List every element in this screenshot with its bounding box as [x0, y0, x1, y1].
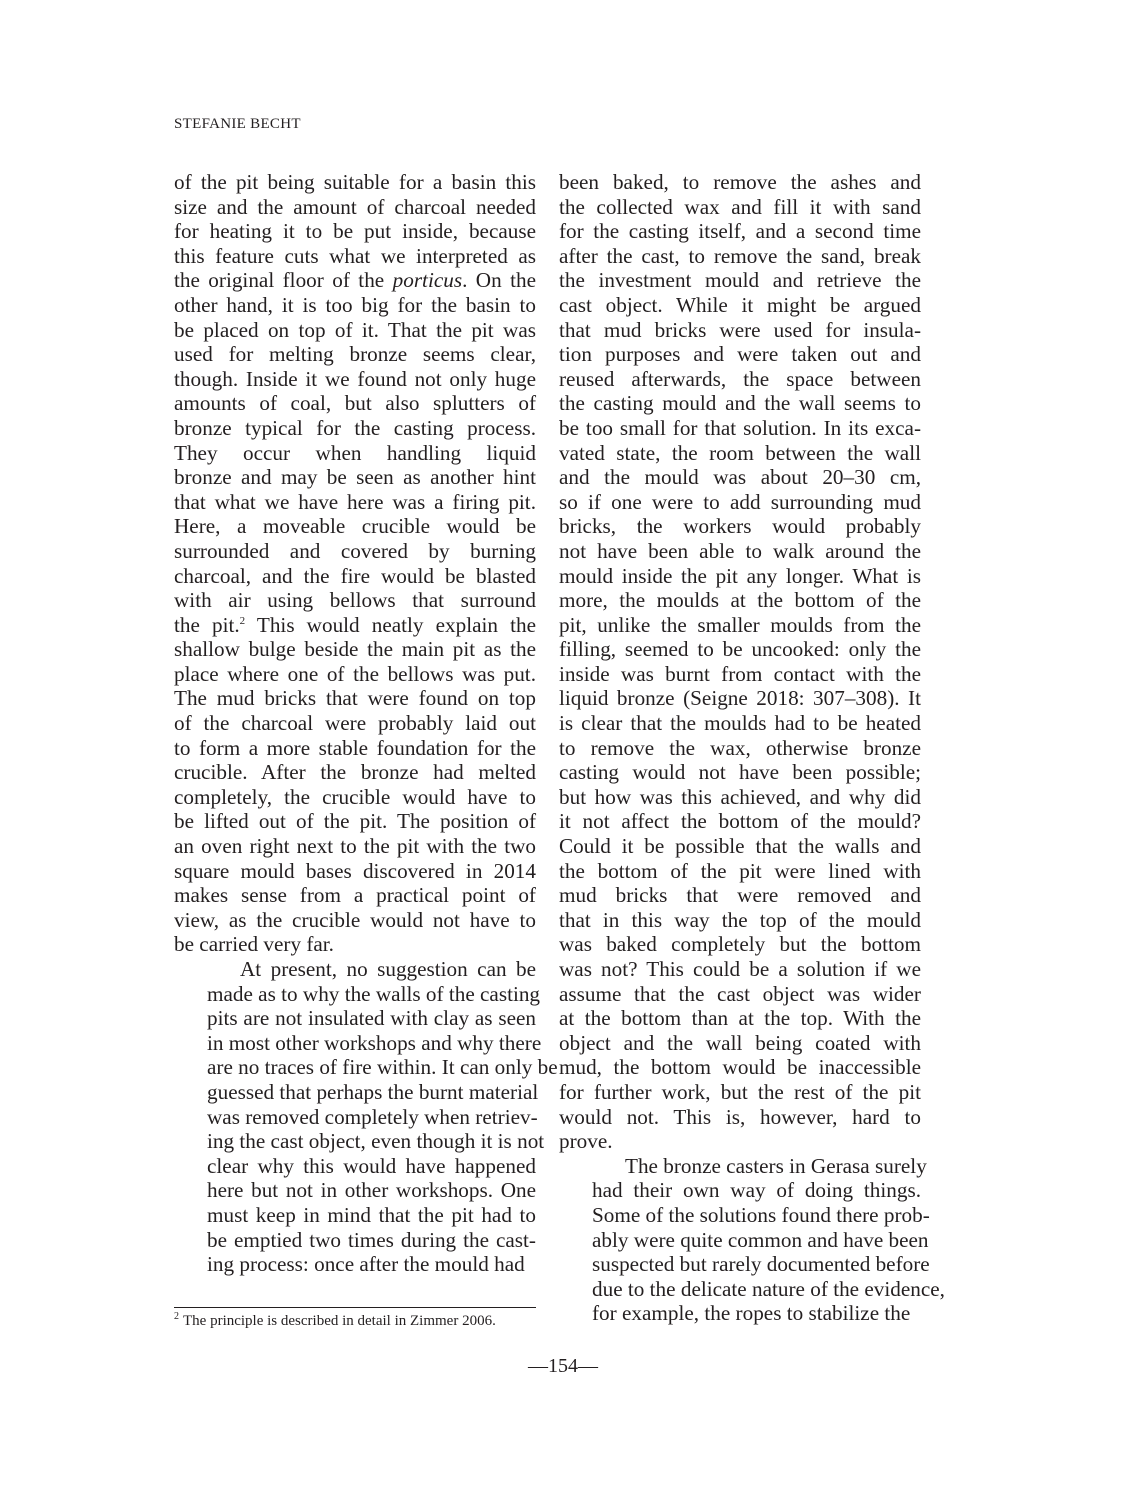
text-line: but how was this achieved, and why did — [559, 785, 921, 810]
running-head-author: STEFANIE BECHT — [174, 116, 301, 133]
text-line: ing the cast object, even though it is n… — [174, 1129, 536, 1154]
text-line: and the mould was about 20–30 cm, — [559, 465, 921, 490]
text-line: not have been able to walk around the — [559, 539, 921, 564]
footnote-text: The principle is described in detail in … — [183, 1313, 496, 1329]
text-line: would not. This is, however, hard to — [559, 1105, 921, 1130]
text-line: assume that the cast object was wider — [559, 982, 921, 1007]
text-line: casting would not have been possible; — [559, 760, 921, 785]
text-line: Some of the solutions found there prob- — [559, 1203, 921, 1228]
text-line: Here, a moveable crucible would be — [174, 514, 536, 539]
text-line: makes sense from a practical point of — [174, 883, 536, 908]
text-line: this feature cuts what we interpreted as — [174, 244, 536, 269]
text-line: the pit.2 This would neatly explain the — [174, 613, 536, 638]
text-line: completely, the crucible would have to — [174, 785, 536, 810]
text-line: suspected but rarely documented before — [559, 1252, 921, 1277]
text-line: reused afterwards, the space between — [559, 367, 921, 392]
text-line: ably were quite common and have been — [559, 1228, 921, 1253]
text-line: more, the moulds at the bottom of the — [559, 588, 921, 613]
text-line: The bronze casters in Gerasa surely — [559, 1154, 921, 1179]
italic-term: porticus — [393, 268, 462, 292]
text-line: The mud bricks that were found on top — [174, 686, 536, 711]
text-line: be emptied two times during the cast- — [174, 1228, 536, 1253]
text-line: here but not in other workshops. One — [174, 1178, 536, 1203]
text-line: amounts of coal, but also splutters of — [174, 391, 536, 416]
text-line: pit, unlike the smaller moulds from the — [559, 613, 921, 638]
footnote-reference: 2 — [240, 615, 246, 627]
text-line: been baked, to remove the ashes and — [559, 170, 921, 195]
text-line: cast object. While it might be argued — [559, 293, 921, 318]
text-line: charcoal, and the fire would be blasted — [174, 564, 536, 589]
text-line: for heating it to be put inside, because — [174, 219, 536, 244]
text-line: mud, the bottom would be inaccessible — [559, 1055, 921, 1080]
text-line: to form a more stable foundation for the — [174, 736, 536, 761]
text-line: They occur when handling liquid — [174, 441, 536, 466]
right-paragraph-2: The bronze casters in Gerasa surelyhad t… — [559, 1154, 921, 1326]
text-line: that what we have here was a firing pit. — [174, 490, 536, 515]
page-number: —154— — [0, 1355, 1126, 1378]
text-line: be too small for that solution. In its e… — [559, 416, 921, 441]
text-line: crucible. After the bronze had melted — [174, 760, 536, 785]
text-line: due to the delicate nature of the eviden… — [559, 1277, 921, 1302]
text-line: must keep in mind that the pit had to — [174, 1203, 536, 1228]
text-line: be lifted out of the pit. The position o… — [174, 809, 536, 834]
text-line: vated state, the room between the wall — [559, 441, 921, 466]
text-line: in most other workshops and why there — [174, 1031, 536, 1056]
text-line: though. Inside it we found not only huge — [174, 367, 536, 392]
text-line: mould inside the pit any longer. What is — [559, 564, 921, 589]
text-line: object and the wall being coated with — [559, 1031, 921, 1056]
text-line: bronze and may be seen as another hint — [174, 465, 536, 490]
text-line: size and the amount of charcoal needed — [174, 195, 536, 220]
text-line: square mould bases discovered in 2014 — [174, 859, 536, 884]
text-line: was baked completely but the bottom — [559, 932, 921, 957]
text-line: other hand, it is too big for the basin … — [174, 293, 536, 318]
text-line: ing process: once after the mould had — [174, 1252, 536, 1277]
text-line: shallow bulge beside the main pit as the — [174, 637, 536, 662]
text-line: was not? This could be a solution if we — [559, 957, 921, 982]
text-line: guessed that perhaps the burnt material — [174, 1080, 536, 1105]
footnote-2: 2The principle is described in detail in… — [174, 1313, 544, 1330]
text-line: with air using bellows that surround — [174, 588, 536, 613]
text-line: surrounded and covered by burning — [174, 539, 536, 564]
text-line: filling, seemed to be uncooked: only the — [559, 637, 921, 662]
text-line: for further work, but the rest of the pi… — [559, 1080, 921, 1105]
text-line: is clear that the moulds had to be heate… — [559, 711, 921, 736]
text-line: it not affect the bottom of the mould? — [559, 809, 921, 834]
text-line: the bottom of the pit were lined with — [559, 859, 921, 884]
text-line: that in this way the top of the mould — [559, 908, 921, 933]
text-line: place where one of the bellows was put. — [174, 662, 536, 687]
text-line: the collected wax and fill it with sand — [559, 195, 921, 220]
text-line: to remove the wax, otherwise bronze — [559, 736, 921, 761]
text-line: after the cast, to remove the sand, brea… — [559, 244, 921, 269]
text-line: tion purposes and were taken out and — [559, 342, 921, 367]
text-line: be carried very far. — [174, 932, 536, 957]
right-paragraph-1: been baked, to remove the ashes andthe c… — [559, 170, 921, 1154]
text-line: pits are not insulated with clay as seen — [174, 1006, 536, 1031]
text-line: at the bottom than at the top. With the — [559, 1006, 921, 1031]
text-line: mud bricks that were removed and — [559, 883, 921, 908]
text-line: At present, no suggestion can be — [174, 957, 536, 982]
text-line: are no traces of fire within. It can onl… — [174, 1055, 536, 1080]
text-line: liquid bronze (Seigne 2018: 307–308). It — [559, 686, 921, 711]
text-line: bronze typical for the casting process. — [174, 416, 536, 441]
text-line: of the pit being suitable for a basin th… — [174, 170, 536, 195]
text-line: made as to why the walls of the casting — [174, 982, 536, 1007]
left-text-column: of the pit being suitable for a basin th… — [174, 170, 536, 1277]
right-text-column: been baked, to remove the ashes andthe c… — [559, 170, 921, 1326]
footnote-number: 2 — [174, 1311, 179, 1322]
text-line: the casting mould and the wall seems to — [559, 391, 921, 416]
text-line: be placed on top of it. That the pit was — [174, 318, 536, 343]
footnote-divider — [174, 1307, 536, 1308]
left-paragraph-2: At present, no suggestion can bemade as … — [174, 957, 536, 1277]
text-line: the investment mould and retrieve the — [559, 268, 921, 293]
text-line: of the charcoal were probably laid out — [174, 711, 536, 736]
text-line: view, as the crucible would not have to — [174, 908, 536, 933]
text-line: so if one were to add surrounding mud — [559, 490, 921, 515]
text-line: bricks, the workers would probably — [559, 514, 921, 539]
text-line: for example, the ropes to stabilize the — [559, 1301, 921, 1326]
text-line: the original floor of the porticus. On t… — [174, 268, 536, 293]
text-line: had their own way of doing things. — [559, 1178, 921, 1203]
text-line: for the casting itself, and a second tim… — [559, 219, 921, 244]
text-line: used for melting bronze seems clear, — [174, 342, 536, 367]
text-line: was removed completely when retriev- — [174, 1105, 536, 1130]
text-line: that mud bricks were used for insula- — [559, 318, 921, 343]
text-line: Could it be possible that the walls and — [559, 834, 921, 859]
text-line: inside was burnt from contact with the — [559, 662, 921, 687]
left-paragraph-1: of the pit being suitable for a basin th… — [174, 170, 536, 957]
text-line: clear why this would have happened — [174, 1154, 536, 1179]
text-line: prove. — [559, 1129, 921, 1154]
text-line: an oven right next to the pit with the t… — [174, 834, 536, 859]
